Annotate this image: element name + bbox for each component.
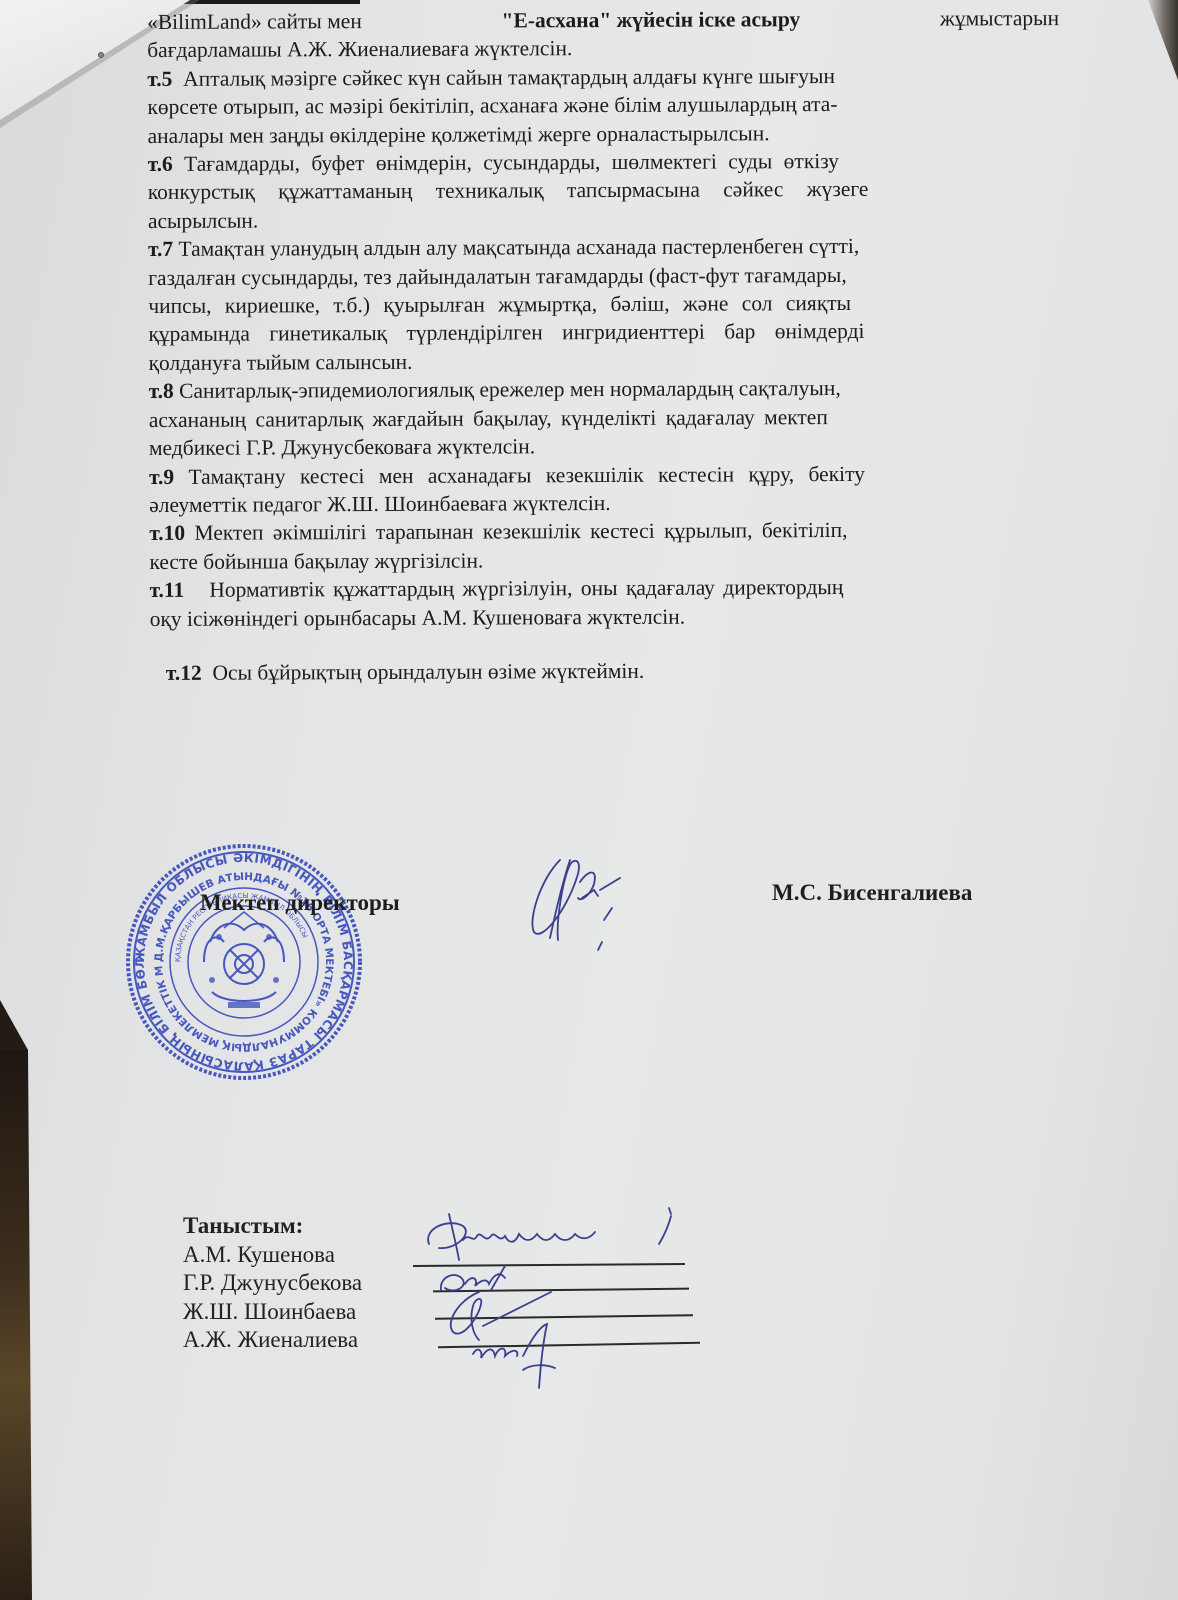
staple-icon — [98, 52, 104, 58]
acknowledgement-block: Таныстым: А.М. Кушенова Г.Р. Джунусбеков… — [183, 1212, 723, 1355]
clause-t11: т.11 Нормативтік құжаттардың жүргізілуін… — [149, 572, 1061, 604]
clause-label: т.7 — [148, 237, 173, 261]
director-signature-icon — [520, 850, 640, 960]
text-segment: «BilimLand» сайты мен — [147, 7, 362, 36]
clause-text: аналары мен заңды өкілдеріне қолжетімді … — [148, 121, 770, 148]
text-line: бағдарламашы А.Ж. Жиеналиеваға жүктелсін… — [147, 32, 1059, 64]
clause-label: т.11 — [149, 578, 184, 602]
clause-text: қолдануға тыйым салынсын. — [148, 350, 412, 375]
clause-label: т.8 — [149, 379, 174, 403]
text-segment: жұмыстарын — [940, 4, 1059, 33]
clause-text: Мектеп әкімшілігі тарапынан кезекшілік к… — [194, 518, 847, 545]
clause-text: оқу ісіжөніндегі орынбасары А.М. Кушенов… — [150, 604, 686, 630]
clause-text: әлеуметтік педагог Ж.Ш. Шоинбаеваға жүкт… — [149, 491, 611, 517]
clause-text: кесте бойынша бақылау жүргізілсін. — [149, 548, 483, 573]
clause-text: Санитарлық-эпидемиологиялық ережелер мен… — [179, 376, 841, 403]
clause-text: газдалған сусындарды, тез дайындалатын т… — [148, 263, 847, 290]
clause-label: т.10 — [149, 521, 185, 545]
clause-t8: т.8 Санитарлық-эпидемиологиялық ережелер… — [149, 373, 1061, 405]
clause-text: Нормативтік құжаттардың жүргізілуін, оны… — [209, 575, 843, 602]
text-line: әлеуметтік педагог Ж.Ш. Шоинбаеваға жүкт… — [149, 487, 1061, 519]
text-line: чипсы, кириешке, т.б.) қуырылған жұмыртқ… — [148, 288, 1060, 320]
zhienalieva-signature-icon — [463, 1316, 593, 1392]
clause-text: құрамында гинетикалық түрлендірілген инг… — [148, 319, 864, 346]
text-line: аналары мен заңды өкілдеріне қолжетімді … — [147, 118, 1059, 150]
clause-text: Апталық мәзірге сәйкес күн сайын тамақта… — [183, 64, 835, 91]
signatory-title: Мектеп директоры — [200, 890, 400, 916]
paragraph-gap — [150, 629, 1062, 659]
clause-t6: т.6 Тағамдарды, буфет өнімдерін, сусында… — [148, 146, 1060, 178]
text-segment: бағдарламашы А.Ж. Жиеналиеваға жүктелсін… — [147, 37, 572, 63]
text-line: кесте бойынша бақылау жүргізілсін. — [149, 544, 1061, 576]
clause-text: конкурстық құжаттаманың техникалық тапсы… — [148, 177, 869, 204]
text-segment-bold: "Е-асхана" жүйесін іске асыру — [501, 5, 800, 35]
clause-text: Тағамдарды, буфет өнімдерін, сусындарды,… — [184, 149, 839, 176]
text-line: медбикесі Г.Р. Джунусбековаға жүктелсін. — [149, 430, 1061, 462]
text-line: құрамында гинетикалық түрлендірілген инг… — [148, 316, 1060, 348]
text-line: газдалған сусындарды, тез дайындалатын т… — [148, 260, 1060, 292]
clause-text: асырылсын. — [148, 208, 258, 232]
clause-label: т.5 — [147, 67, 172, 91]
person-name: А.М. Кушенова — [183, 1242, 335, 1267]
clause-text: көрсете отырып, ас мәзірі бекітіліп, асх… — [147, 92, 837, 119]
text-line: конкурстық құжаттаманың техникалық тапсы… — [148, 174, 1060, 206]
clause-label: т.12 — [166, 661, 202, 685]
clause-text: чипсы, кириешке, т.б.) қуырылған жұмыртқ… — [148, 291, 851, 318]
clause-t7: т.7 Тамақтан уланудың алдын алу мақсатын… — [148, 231, 1060, 263]
person-name: Ж.Ш. Шоинбаева — [183, 1299, 356, 1324]
person-name: А.Ж. Жиеналиева — [183, 1327, 358, 1352]
document-body: «BilimLand» сайты мен "Е-асхана" жүйесін… — [147, 4, 1062, 687]
official-stamp-icon: ЖАМБЫЛ ОБЛЫСЫ ӘКІМДІГІНІҢ БІЛІМ БАСҚАРМА… — [124, 842, 364, 1082]
clause-t10: т.10 Мектеп әкімшілігі тарапынан кезекші… — [149, 515, 1061, 547]
clause-t12: т.12 Осы бұйрықтың орындалуын өзіме жүкт… — [150, 655, 1062, 687]
document-page: «BilimLand» сайты мен "Е-асхана" жүйесін… — [0, 0, 1178, 1600]
text-line: көрсете отырып, ас мәзірі бекітіліп, асх… — [147, 89, 1059, 121]
person-name: Г.Р. Джунусбекова — [183, 1270, 362, 1295]
text-line: асхананың санитарлық жағдайын бақылау, к… — [149, 402, 1061, 434]
text-line: асырылсын. — [148, 203, 1060, 235]
clause-t9: т.9 Тамақтану кестесі мен асханадағы кез… — [149, 459, 1061, 491]
text-line: қолдануға тыйым салынсын. — [148, 345, 1060, 377]
clause-label: т.6 — [148, 152, 173, 176]
text-line: оқу ісіжөніндегі орынбасары А.М. Кушенов… — [150, 601, 1062, 633]
clause-text: медбикесі Г.Р. Джунусбековаға жүктелсін. — [149, 434, 535, 460]
clause-text: Тамақтану кестесі мен асханадағы кезекші… — [188, 461, 865, 488]
clause-t5: т.5 Апталық мәзірге сәйкес күн сайын там… — [147, 61, 1059, 93]
clause-text: Тамақтан уланудың алдын алу мақсатында а… — [178, 234, 859, 261]
clause-text: Осы бұйрықтың орындалуын өзіме жүктеймін… — [212, 659, 644, 685]
clause-label: т.9 — [149, 464, 174, 488]
clause-text: асхананың санитарлық жағдайын бақылау, к… — [149, 405, 828, 432]
signatory-name: М.С. Бисенгалиева — [772, 880, 972, 906]
text-line: «BilimLand» сайты мен "Е-асхана" жүйесін… — [147, 4, 1059, 36]
